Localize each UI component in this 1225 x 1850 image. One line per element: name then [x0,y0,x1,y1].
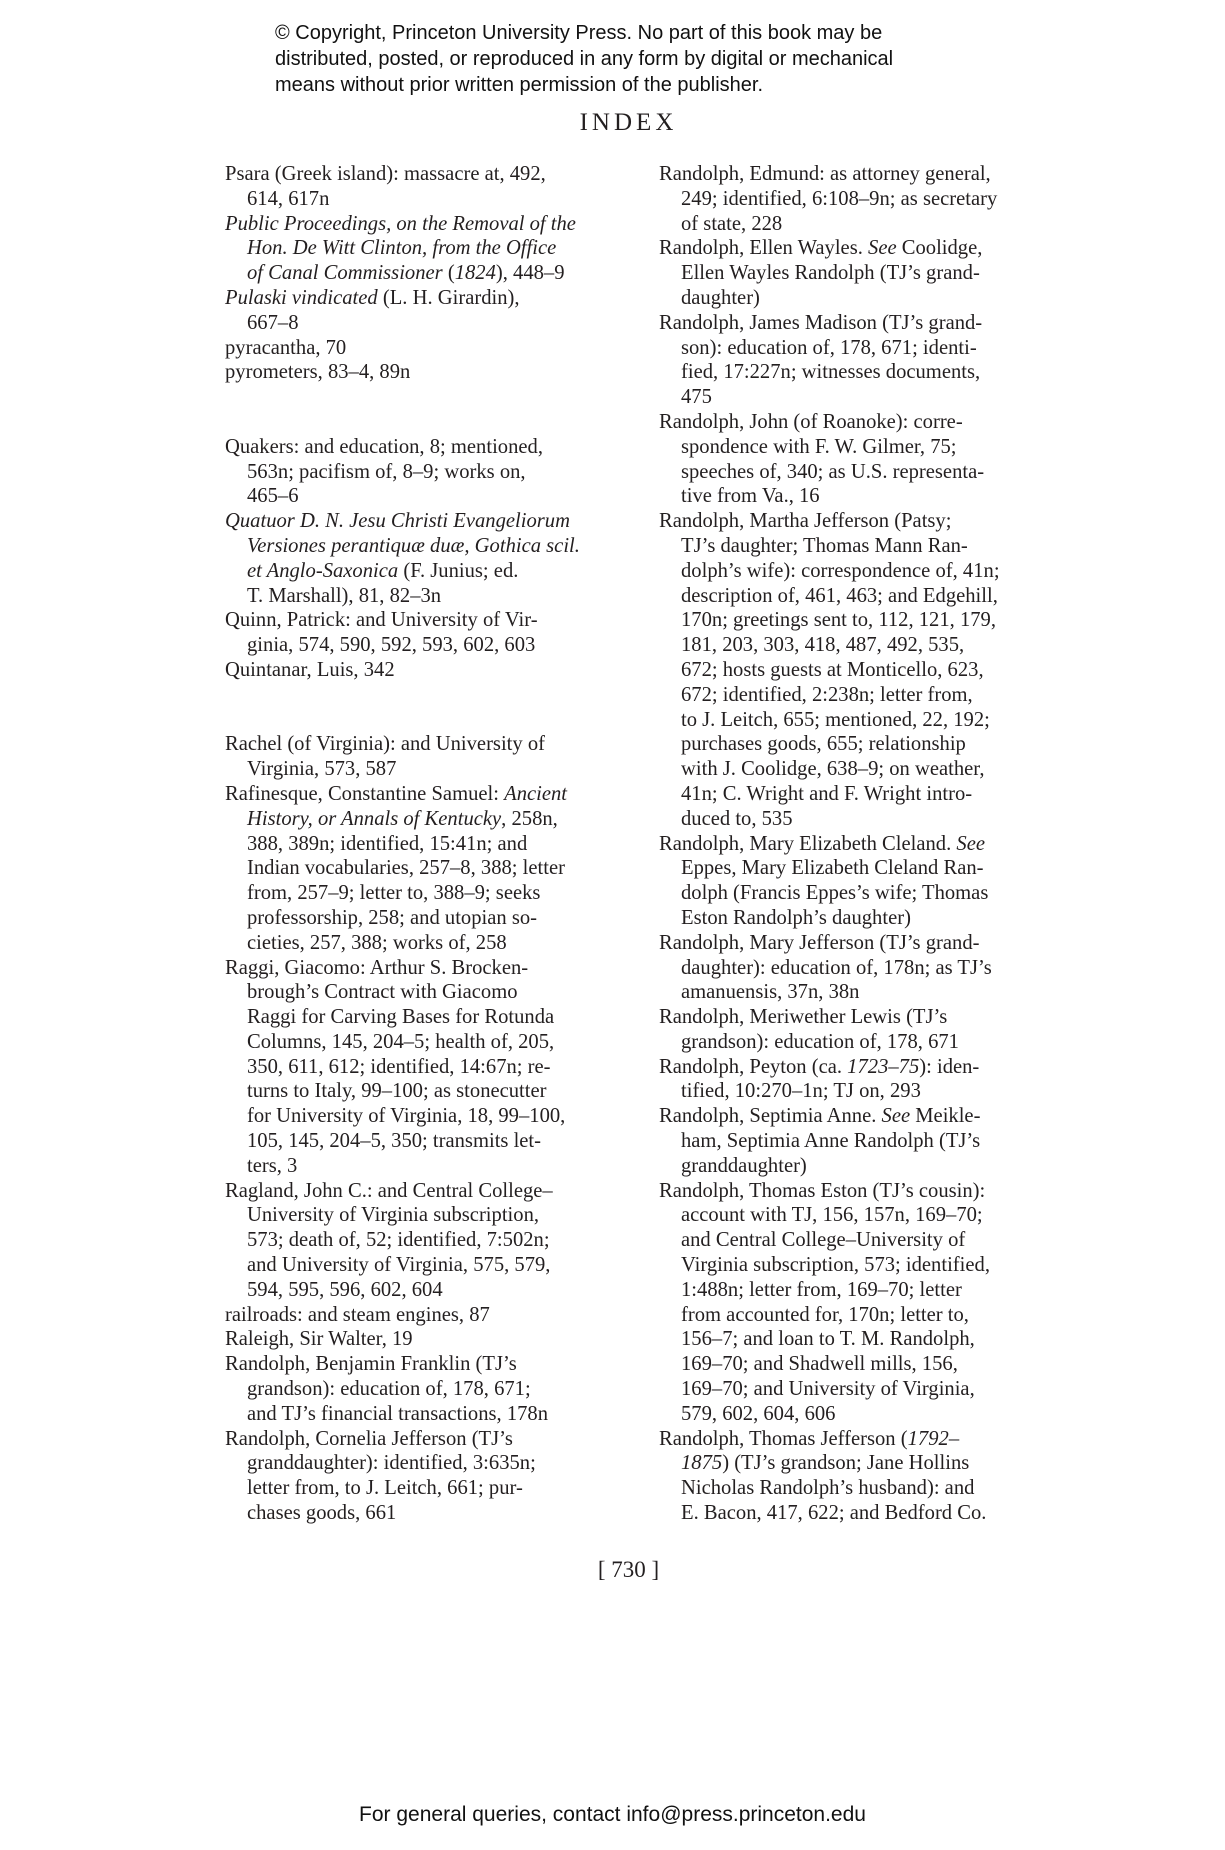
index-entry-line: Rachel (of Virginia): and University of [225,732,627,757]
index-entry-line: Randolph, Ellen Wayles. See Coolidge, [659,236,1061,261]
index-entry-line: and Central College–University of [659,1228,1061,1253]
index-entry-line: dolph (Francis Eppes’s wife; Thomas [659,881,1061,906]
index-column-right: Randolph, Edmund: as attorney general,24… [659,162,1061,1526]
index-entry-line: grandson): education of, 178, 671; [225,1377,627,1402]
text: , 258n, [501,808,558,830]
text: Coolidge, [897,237,983,259]
index-entry-line: TJ’s daughter; Thomas Mann Ran- [659,534,1061,559]
text: 170n; greetings sent to, 112, 121, 179, [681,609,996,631]
index-entry-line: Virginia, 573, 587 [225,757,627,782]
italic-text: 1723–75 [847,1056,919,1078]
text: ginia, 574, 590, 592, 593, 602, 603 [247,634,535,656]
index-entry-line: granddaughter): identified, 3:635n; [225,1451,627,1476]
text: of state, 228 [681,213,782,235]
text: Randolph, Mary Jefferson (TJ’s grand- [659,932,979,954]
index-entry-line: 465–6 [225,484,627,509]
text: tified, 10:270–1n; TJ on, 293 [681,1080,921,1102]
index-entry-line: turns to Italy, 99–100; as stonecutter [225,1079,627,1104]
text: 388, 389n; identified, 15:41n; and [247,833,527,855]
index-entry-line: tified, 10:270–1n; TJ on, 293 [659,1079,1061,1104]
index-entry-line: of state, 228 [659,212,1061,237]
index-entry-line: 181, 203, 303, 418, 487, 492, 535, [659,633,1061,658]
index-entry-line: from, 257–9; letter to, 388–9; seeks [225,881,627,906]
text: account with TJ, 156, 157n, 169–70; [681,1204,983,1226]
text: for University of Virginia, 18, 99–100, [247,1105,565,1127]
index-entry-line: daughter) [659,286,1061,311]
index-entry-line: Rafinesque, Constantine Samuel: Ancient [225,782,627,807]
footer-contact: For general queries, contact info@press.… [0,1803,1225,1827]
text: spondence with F. W. Gilmer, 75; [681,436,957,458]
index-entry-line: brough’s Contract with Giacomo [225,980,627,1005]
italic-text: 1792– [908,1428,959,1450]
text: ham, Septimia Anne Randolph (TJ’s [681,1130,980,1152]
index-entry-line: 563n; pacifism of, 8–9; works on, [225,460,627,485]
text: ) (TJ’s grandson; Jane Hollins [722,1452,969,1474]
text: 1:488n; letter from, 169–70; letter [681,1279,962,1301]
index-entry-line: 170n; greetings sent to, 112, 121, 179, [659,608,1061,633]
index-entry-line: Public Proceedings, on the Removal of th… [225,212,627,237]
text: Virginia subscription, 573; identified, [681,1254,990,1276]
index-entry-line: Indian vocabularies, 257–8, 388; letter [225,856,627,881]
text: daughter): education of, 178n; as TJ’s [681,957,992,979]
text: Ellen Wayles Randolph (TJ’s grand- [681,262,980,284]
index-entry-line: pyrometers, 83–4, 89n [225,360,627,385]
index-entry-line: 169–70; and University of Virginia, [659,1377,1061,1402]
italic-text: Quatuor D. N. Jesu Christi Evangeliorum [225,510,570,532]
italic-text: Hon. De Witt Clinton, from the Office [247,237,556,259]
text: University of Virginia subscription, [247,1204,539,1226]
text: railroads: and steam engines, 87 [225,1304,490,1326]
text: 41n; C. Wright and F. Wright intro- [681,783,972,805]
text: T. Marshall), 81, 82–3n [247,585,441,607]
index-entry-line: ham, Septimia Anne Randolph (TJ’s [659,1129,1061,1154]
index-entry-line: 573; death of, 52; identified, 7:502n; [225,1228,627,1253]
index-entry-line: Eppes, Mary Elizabeth Cleland Ran- [659,856,1061,881]
text: Randolph, Thomas Eston (TJ’s cousin): [659,1180,985,1202]
text: Randolph, Martha Jefferson (Patsy; [659,510,951,532]
text: 573; death of, 52; identified, 7:502n; [247,1229,550,1251]
text: Quinn, Patrick: and University of Vir- [225,609,538,631]
text: Raggi for Carving Bases for Rotunda [247,1006,554,1028]
text: Psara (Greek island): massacre at, 492, [225,163,546,185]
text: 563n; pacifism of, 8–9; works on, [247,461,526,483]
text: TJ’s daughter; Thomas Mann Ran- [681,535,968,557]
index-entry-line: Pulaski vindicated (L. H. Girardin), [225,286,627,311]
text: Eppes, Mary Elizabeth Cleland Ran- [681,857,984,879]
index-entry-line: Randolph, Mary Elizabeth Cleland. See [659,832,1061,857]
index-entry-line: 1875) (TJ’s grandson; Jane Hollins [659,1451,1061,1476]
index-entry-line: Randolph, Septimia Anne. See Meikle- [659,1104,1061,1129]
copyright-line: means without prior written permission o… [275,72,975,98]
index-entry-line: Quakers: and education, 8; mentioned, [225,435,627,460]
index-entry-line: railroads: and steam engines, 87 [225,1303,627,1328]
index-entry-line: granddaughter) [659,1154,1061,1179]
index-entry-line: Raggi, Giacomo: Arthur S. Brocken- [225,956,627,981]
index-entry-line: Hon. De Witt Clinton, from the Office [225,236,627,261]
page-number: [ 730 ] [0,1557,1225,1583]
text: ), 448–9 [496,262,565,284]
text: to J. Leitch, 655; mentioned, 22, 192; [681,709,990,731]
italic-text: See [956,833,985,855]
italic-text: History, or Annals of Kentucky [247,808,501,830]
text: (F. Junius; ed. [398,560,518,582]
text: and University of Virginia, 575, 579, [247,1254,550,1276]
index-entry-line: 249; identified, 6:108–9n; as secretary [659,187,1061,212]
index-entry-line: University of Virginia subscription, [225,1203,627,1228]
index-entry-line: Randolph, Thomas Eston (TJ’s cousin): [659,1179,1061,1204]
text: granddaughter) [681,1155,807,1177]
text: cieties, 257, 388; works of, 258 [247,932,507,954]
text: son): education of, 178, 671; identi- [681,337,977,359]
text: ( [443,262,455,284]
text: Randolph, Ellen Wayles. [659,237,868,259]
index-entry-line: 41n; C. Wright and F. Wright intro- [659,782,1061,807]
text: 181, 203, 303, 418, 487, 492, 535, [681,634,964,656]
index-entry-line: 579, 602, 604, 606 [659,1402,1061,1427]
index-entry-line: E. Bacon, 417, 622; and Bedford Co. [659,1501,1061,1526]
index-entry-line: Raleigh, Sir Walter, 19 [225,1327,627,1352]
index-entry-line: duced to, 535 [659,807,1061,832]
text: 350, 611, 612; identified, 14:67n; re- [247,1056,551,1078]
index-entry-line: of Canal Commissioner (1824), 448–9 [225,261,627,286]
page-title: INDEX [0,109,1225,137]
section-gap [225,385,627,410]
index-entry-line: ters, 3 [225,1154,627,1179]
text: Randolph, Thomas Jefferson ( [659,1428,908,1450]
index-entry-line: Raggi for Carving Bases for Rotunda [225,1005,627,1030]
italic-text: Ancient [504,783,567,805]
text: 594, 595, 596, 602, 604 [247,1279,443,1301]
index-entry-line: 667–8 [225,311,627,336]
index-entry-line: Quatuor D. N. Jesu Christi Evangeliorum [225,509,627,534]
index-entry-line: Randolph, John (of Roanoke): corre- [659,410,1061,435]
text: chases goods, 661 [247,1502,396,1524]
italic-text: of Canal Commissioner [247,262,443,284]
index-entry-line: spondence with F. W. Gilmer, 75; [659,435,1061,460]
text: Randolph, Benjamin Franklin (TJ’s [225,1353,517,1375]
index-entry-line: ginia, 574, 590, 592, 593, 602, 603 [225,633,627,658]
section-gap [225,708,627,733]
text: grandson): education of, 178, 671 [681,1031,959,1053]
index-entry-line: and University of Virginia, 575, 579, [225,1253,627,1278]
index-entry-line: account with TJ, 156, 157n, 169–70; [659,1203,1061,1228]
section-gap [225,683,627,708]
text: Raggi, Giacomo: Arthur S. Brocken- [225,957,528,979]
index-entry-line: Quinn, Patrick: and University of Vir- [225,608,627,633]
index-entry-line: Eston Randolph’s daughter) [659,906,1061,931]
text: pyrometers, 83–4, 89n [225,361,410,383]
index-entry-line: Randolph, Cornelia Jefferson (TJ’s [225,1427,627,1452]
text: 249; identified, 6:108–9n; as secretary [681,188,997,210]
italic-text: Public Proceedings, on the Removal of th… [225,213,576,235]
text: Randolph, Meriwether Lewis (TJ’s [659,1006,947,1028]
italic-text: 1875 [681,1452,722,1474]
index-entry-line: letter from, to J. Leitch, 661; pur- [225,1476,627,1501]
index-entry-line: and TJ’s financial transactions, 178n [225,1402,627,1427]
italic-text: 1824 [455,262,496,284]
text: Randolph, Peyton (ca. [659,1056,847,1078]
text: from accounted for, 170n; letter to, [681,1304,969,1326]
index-entry-line: for University of Virginia, 18, 99–100, [225,1104,627,1129]
text: description of, 461, 463; and Edgehill, [681,585,998,607]
index-entry-line: dolph’s wife): correspondence of, 41n; [659,559,1061,584]
section-gap [225,410,627,435]
text: Columns, 145, 204–5; health of, 205, [247,1031,554,1053]
text: 465–6 [247,485,298,507]
index-entry-line: Ellen Wayles Randolph (TJ’s grand- [659,261,1061,286]
copyright-line: © Copyright, Princeton University Press.… [275,20,975,46]
text: (L. H. Girardin), [378,287,520,309]
text: 672; identified, 2:238n; letter from, [681,684,973,706]
text: 667–8 [247,312,298,334]
text: turns to Italy, 99–100; as stonecutter [247,1080,547,1102]
index-entry-line: cieties, 257, 388; works of, 258 [225,931,627,956]
index-entry-line: Columns, 145, 204–5; health of, 205, [225,1030,627,1055]
text: ): iden- [919,1056,979,1078]
index-entry-line: 169–70; and Shadwell mills, 156, [659,1352,1061,1377]
text: 105, 145, 204–5, 350; transmits let- [247,1130,541,1152]
text: 169–70; and University of Virginia, [681,1378,975,1400]
index-entry-line: fied, 17:227n; witnesses documents, [659,360,1061,385]
index-entry-line: Randolph, Thomas Jefferson (1792– [659,1427,1061,1452]
text: with J. Coolidge, 638–9; on weather, [681,758,984,780]
text: dolph (Francis Eppes’s wife; Thomas [681,882,988,904]
text: ters, 3 [247,1155,297,1177]
text: and TJ’s financial transactions, 178n [247,1403,548,1425]
index-entry-line: Ragland, John C.: and Central College– [225,1179,627,1204]
text: daughter) [681,287,760,309]
index-entry-line: 156–7; and loan to T. M. Randolph, [659,1327,1061,1352]
text: Rafinesque, Constantine Samuel: [225,783,504,805]
italic-text: See [882,1105,911,1127]
index-entry-line: 594, 595, 596, 602, 604 [225,1278,627,1303]
index-entry-line: Randolph, Benjamin Franklin (TJ’s [225,1352,627,1377]
index-entry-line: purchases goods, 655; relationship [659,732,1061,757]
italic-text: See [868,237,897,259]
index-entry-line: 350, 611, 612; identified, 14:67n; re- [225,1055,627,1080]
text: Quintanar, Luis, 342 [225,659,395,681]
italic-text: et Anglo-Saxonica [247,560,398,582]
index-entry-line: Randolph, Peyton (ca. 1723–75): iden- [659,1055,1061,1080]
index-entry-line: Virginia subscription, 573; identified, [659,1253,1061,1278]
text: Meikle- [910,1105,980,1127]
index-entry-line: Randolph, Mary Jefferson (TJ’s grand- [659,931,1061,956]
index-entry-line: grandson): education of, 178, 671 [659,1030,1061,1055]
text: Rachel (of Virginia): and University of [225,733,545,755]
copyright-line: distributed, posted, or reproduced in an… [275,46,975,72]
index-entry-line: 672; identified, 2:238n; letter from, [659,683,1061,708]
text: Randolph, Mary Elizabeth Cleland. [659,833,956,855]
index-entry-line: Randolph, Edmund: as attorney general, [659,162,1061,187]
text: pyracantha, 70 [225,337,346,359]
text: tive from Va., 16 [681,485,820,507]
text: Ragland, John C.: and Central College– [225,1180,553,1202]
text: professorship, 258; and utopian so- [247,907,537,929]
index-entry-line: pyracantha, 70 [225,336,627,361]
index-entry-line: Randolph, Martha Jefferson (Patsy; [659,509,1061,534]
text: duced to, 535 [681,808,793,830]
italic-text: Pulaski vindicated [225,287,378,309]
text: brough’s Contract with Giacomo [247,981,518,1003]
index-entry-line: 105, 145, 204–5, 350; transmits let- [225,1129,627,1154]
text: Randolph, Edmund: as attorney general, [659,163,991,185]
index-entry-line: Nicholas Randolph’s husband): and [659,1476,1061,1501]
index-entry-line: et Anglo-Saxonica (F. Junius; ed. [225,559,627,584]
index-entry-line: to J. Leitch, 655; mentioned, 22, 192; [659,708,1061,733]
text: dolph’s wife): correspondence of, 41n; [681,560,1000,582]
text: and Central College–University of [681,1229,965,1251]
text: Virginia, 573, 587 [247,758,396,780]
text: Indian vocabularies, 257–8, 388; letter [247,857,565,879]
index-entry-line: 614, 617n [225,187,627,212]
index-entry-line: 475 [659,385,1061,410]
index-entry-line: 1:488n; letter from, 169–70; letter [659,1278,1061,1303]
index-entry-line: Randolph, Meriwether Lewis (TJ’s [659,1005,1061,1030]
index-column-left: Psara (Greek island): massacre at, 492,6… [225,162,627,1526]
index-entry-line: 672; hosts guests at Monticello, 623, [659,658,1061,683]
index-entry-line: amanuensis, 37n, 38n [659,980,1061,1005]
text: 614, 617n [247,188,329,210]
index-entry-line: Quintanar, Luis, 342 [225,658,627,683]
text: from, 257–9; letter to, 388–9; seeks [247,882,540,904]
index-entry-line: T. Marshall), 81, 82–3n [225,584,627,609]
text: granddaughter): identified, 3:635n; [247,1452,536,1474]
text: speeches of, 340; as U.S. representa- [681,461,984,483]
index-entry-line: Versiones perantiquæ duæ, Gothica scil. [225,534,627,559]
text: 156–7; and loan to T. M. Randolph, [681,1328,975,1350]
text: Quakers: and education, 8; mentioned, [225,436,543,458]
index-entry-line: Psara (Greek island): massacre at, 492, [225,162,627,187]
italic-text: Versiones perantiquæ duæ, Gothica scil. [247,535,580,557]
text: amanuensis, 37n, 38n [681,981,859,1003]
text: Raleigh, Sir Walter, 19 [225,1328,413,1350]
index-entry-line: 388, 389n; identified, 15:41n; and [225,832,627,857]
text: Eston Randolph’s daughter) [681,907,911,929]
text: Randolph, John (of Roanoke): corre- [659,411,963,433]
copyright-notice: © Copyright, Princeton University Press.… [275,20,975,98]
text: Nicholas Randolph’s husband): and [681,1477,974,1499]
index-entry-line: tive from Va., 16 [659,484,1061,509]
index-entry-line: with J. Coolidge, 638–9; on weather, [659,757,1061,782]
text: Randolph, Cornelia Jefferson (TJ’s [225,1428,513,1450]
index-entry-line: daughter): education of, 178n; as TJ’s [659,956,1061,981]
text: Randolph, James Madison (TJ’s grand- [659,312,982,334]
text: 672; hosts guests at Monticello, 623, [681,659,984,681]
text: E. Bacon, 417, 622; and Bedford Co. [681,1502,986,1524]
index-entry-line: Randolph, James Madison (TJ’s grand- [659,311,1061,336]
text: grandson): education of, 178, 671; [247,1378,531,1400]
text: 475 [681,386,712,408]
text: 169–70; and Shadwell mills, 156, [681,1353,958,1375]
index-entry-line: description of, 461, 463; and Edgehill, [659,584,1061,609]
index-entry-line: son): education of, 178, 671; identi- [659,336,1061,361]
text: letter from, to J. Leitch, 661; pur- [247,1477,523,1499]
index-entry-line: History, or Annals of Kentucky, 258n, [225,807,627,832]
text: purchases goods, 655; relationship [681,733,966,755]
index-entry-line: from accounted for, 170n; letter to, [659,1303,1061,1328]
index-entry-line: speeches of, 340; as U.S. representa- [659,460,1061,485]
text: 579, 602, 604, 606 [681,1403,835,1425]
index-entry-line: professorship, 258; and utopian so- [225,906,627,931]
text: Randolph, Septimia Anne. [659,1105,882,1127]
index-entry-line: chases goods, 661 [225,1501,627,1526]
text: fied, 17:227n; witnesses documents, [681,361,980,383]
